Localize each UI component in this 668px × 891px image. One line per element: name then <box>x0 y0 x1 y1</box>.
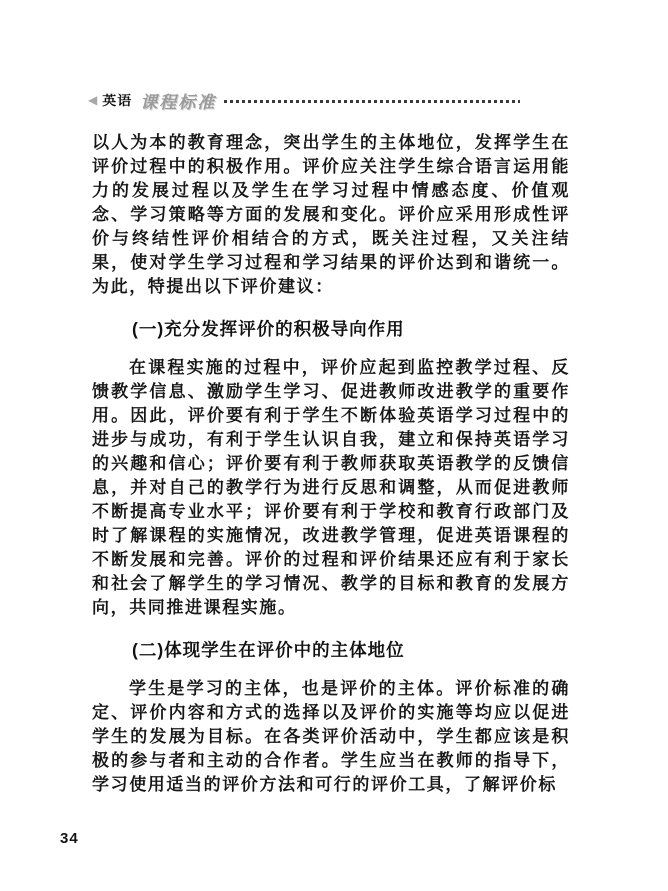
paragraph-evaluation-intro: 以人为本的教育理念，突出学生的主体地位，发挥学生在评价过程中的积极作用。评价应关… <box>92 131 570 299</box>
header-dotted-rule <box>224 100 520 103</box>
section-heading-2: (二)体现学生在评价中的主体地位 <box>92 638 570 662</box>
paragraph-section-2: 学生是学习的主体，也是评价的主体。评价标准的确定、评价内容和方式的选择以及评价的… <box>92 677 570 797</box>
section-heading-1: (一)充分发挥评价的积极导向作用 <box>92 317 570 341</box>
header-series-label: 英语 <box>102 91 132 110</box>
page-content: 以人为本的教育理念，突出学生的主体地位，发挥学生在评价过程中的积极作用。评价应关… <box>92 131 570 797</box>
page-number: 34 <box>60 830 79 847</box>
header-series-title: 课程标准 <box>140 88 216 113</box>
paragraph-section-1: 在课程实施的过程中，评价应起到监控教学过程、反馈教学信息、激励学生学习、促进教师… <box>92 356 570 620</box>
page-header: ◀ 英语 课程标准 <box>88 90 520 110</box>
left-triangle-icon: ◀ <box>88 94 97 106</box>
book-page: ◀ 英语 课程标准 以人为本的教育理念，突出学生的主体地位，发挥学生在评价过程中… <box>0 0 668 891</box>
